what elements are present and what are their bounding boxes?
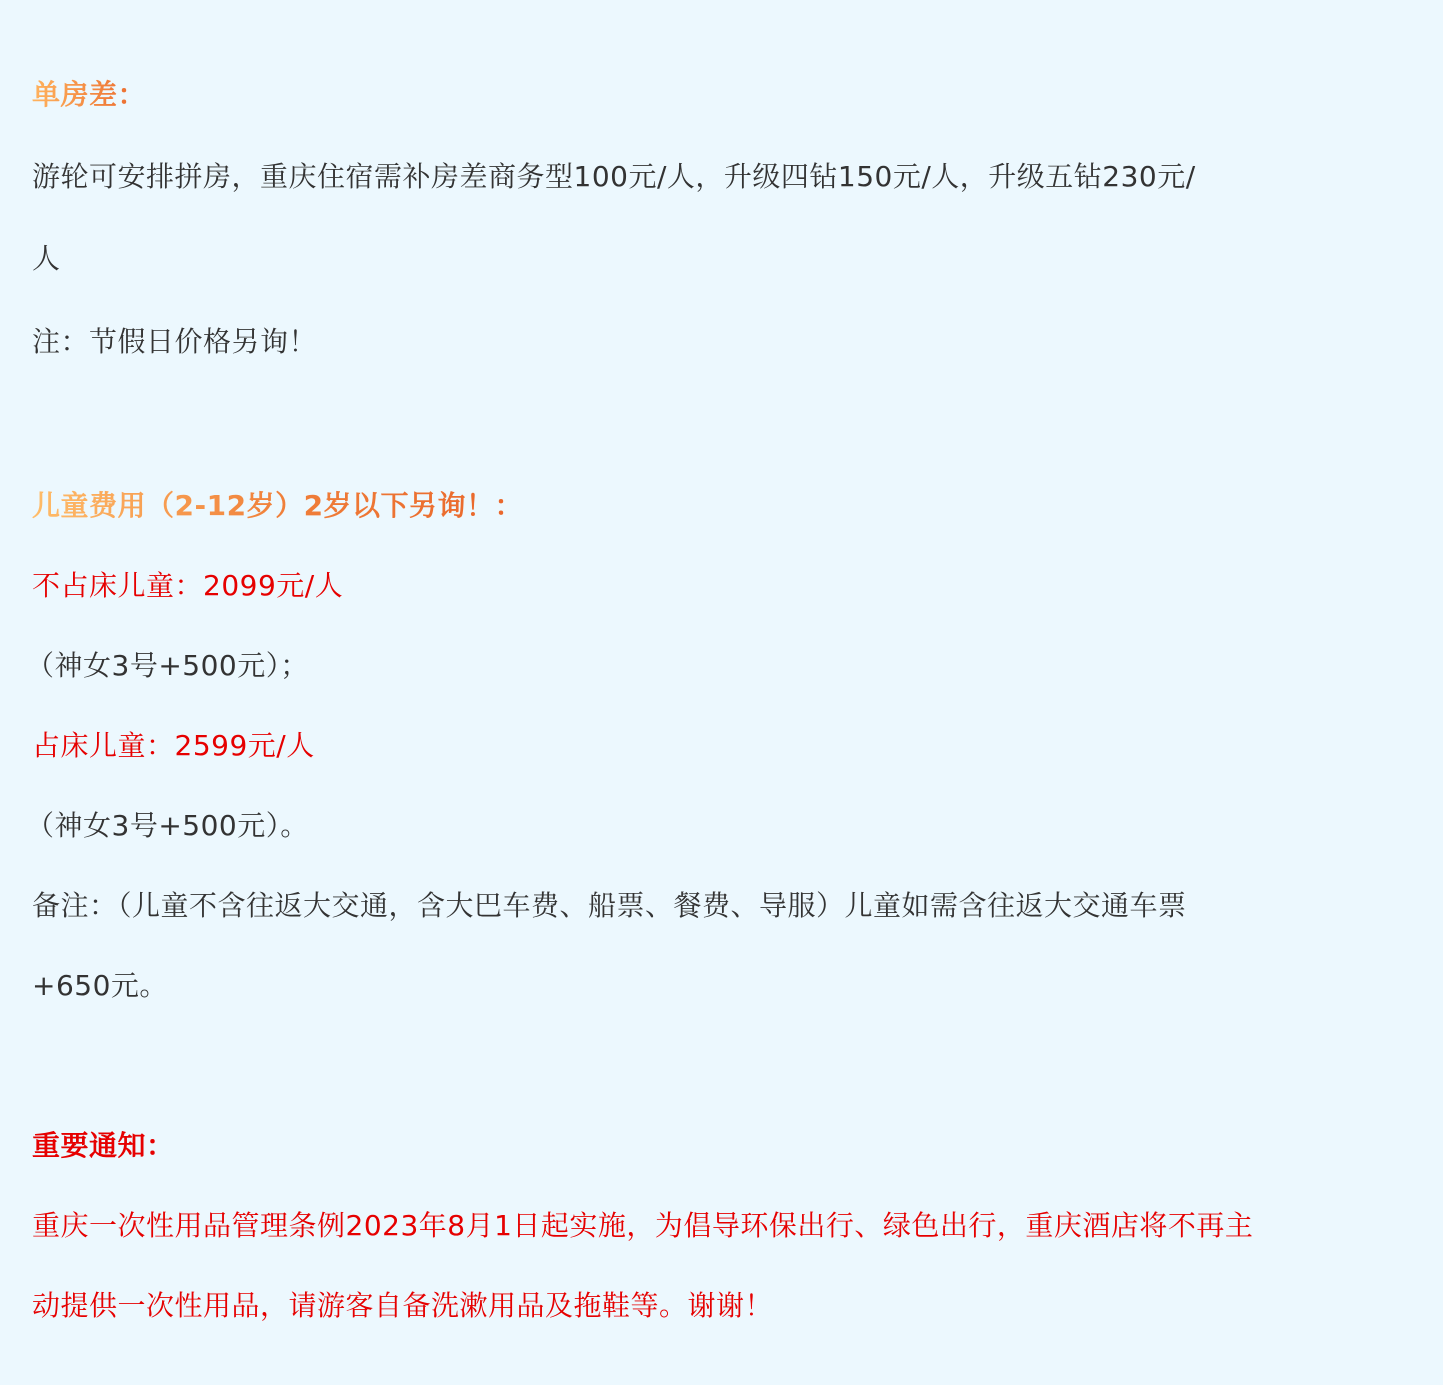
no-bed-child-extra: （神女3号+500元）； bbox=[26, 646, 309, 686]
with-bed-child-price: 占床儿童：2599元/人 bbox=[32, 726, 315, 766]
child-fee-heading: 儿童费用（2-12岁）2岁以下另询！： bbox=[32, 486, 523, 526]
single-room-text-line-2: 人 bbox=[32, 239, 61, 279]
no-bed-child-price: 不占床儿童：2099元/人 bbox=[32, 566, 343, 606]
holiday-price-note: 注：节假日价格另询！ bbox=[32, 322, 317, 362]
with-bed-child-extra: （神女3号+500元）。 bbox=[26, 806, 309, 846]
child-remark-line-1: 备注：（儿童不含往返大交通，含大巴车费、船票、餐费、导服）儿童如需含往返大交通车… bbox=[32, 886, 1187, 926]
single-room-text-line-1: 游轮可安排拼房，重庆住宿需补房差商务型100元/人，升级四钻150元/人，升级五… bbox=[32, 157, 1196, 197]
important-notice-heading: 重要通知： bbox=[32, 1126, 175, 1166]
important-notice-line-2: 动提供一次性用品，请游客自备洗漱用品及拖鞋等。谢谢！ bbox=[32, 1286, 773, 1326]
important-notice-line-1: 重庆一次性用品管理条例2023年8月1日起实施，为倡导环保出行、绿色出行，重庆酒… bbox=[32, 1206, 1253, 1246]
single-room-heading: 单房差： bbox=[32, 75, 146, 115]
child-remark-line-2: +650元。 bbox=[32, 966, 168, 1006]
